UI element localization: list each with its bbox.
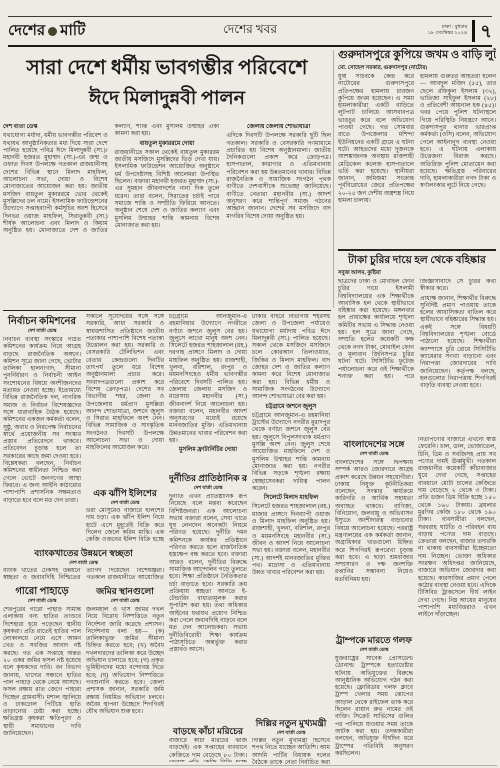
masthead: দেশের মাটি [8,19,168,44]
hilsa-body-text: ভরা মৌসুমেও বাজারে ইলিশের দাম চড়া। এক ঝ… [86,508,164,544]
trump-body-text: যুক্তরাষ্ট্রের সাবেক প্রেসিডেন্ট ডোনাল্ড… [335,656,413,758]
delhi-byline: দেশ বার্তা ডেস্ক [252,730,330,737]
bank-headline: ব্যাংকখাতের উন্নয়নে স্বচ্ছতা [3,547,164,560]
vertical-divider [333,50,334,308]
lead-subhead-2: জেলায় জেলায় শোভাযাত্রা [226,124,331,131]
land-body-text: জলমহাল ও খাস জমির দখল নিয়ে বিরোধ নিষ্পত… [86,607,164,716]
gurudaspur-body: যুগ্ম সচিবকে কেন্দ্র করে নাটোরের গুরুদাস… [338,74,496,244]
lead-continuation-col3: চট্টগ্রামে আনজুমান-এ রহমানিয়ার উদ্যোগে … [169,314,247,469]
hall-body: ছাত্রদের টাকা ও মোবাইল ফোন চুরির দায়ে ই… [338,279,496,429]
garo-headline: গারো পাহাড়ে [3,585,81,598]
hilsa-article: এক ঝাঁপি ইলিশের দেশ বার্তা ডেস্ক ভরা মৌস… [86,486,164,544]
newspaper-page: দেশের মাটি দেশের খবর ঢাকা : বুধবার ১৮ সে… [0,0,500,768]
trump-article: ট্রাম্পকে মারতে গলফ দেশ বার্তা ডেস্ক যুক… [335,633,413,764]
bangladesh-headline: বাংলাদেশের সঙ্গে [335,438,413,451]
bank-article: ব্যাংকখাতের উন্নয়নে স্বচ্ছতা দেশ বার্তা… [3,546,164,582]
trump-body: যুক্তরাষ্ট্রের সাবেক প্রেসিডেন্ট ডোনাল্ড… [335,656,413,759]
lead-body-2: রাজধানীতে সকাল থেকেই বায়তুল মুকাররম জাত… [115,150,220,230]
lead-continuation-col3-text: চট্টগ্রামে আনজুমান-এ রহমানিয়ার উদ্যোগে … [169,314,247,445]
lead-subhead-1: বায়তুল মুকাররমে দোয়া [115,141,220,148]
delhi-article: দিল্লির নতুন মুখ্যমন্ত্রী দেশ বার্তা ডেস… [252,716,330,764]
right-section-divider [338,249,496,251]
corruption-body-text: দুর্নীতি এখন প্রাতিষ্ঠানিক রূপ নিয়েছে ব… [169,494,247,655]
page-number: ৭ [480,20,492,42]
ec-headline: নির্বাচন কমিশনের [3,315,81,328]
hall-headline: টাকা চুরির দায়ে হল থেকে বহিষ্কার [338,253,496,268]
lead-continuation-col3-subhead: মুসলিম ফ্রাটার্নিটির দোয়া [169,447,247,454]
lead-continuation-col2: সকালে সূর্যোদয়ের সঙ্গে সঙ্গে সরকারি, আধ… [86,314,164,484]
dateline-date: ১৮ সেপ্টেম্বর ২০২৪ [428,31,468,38]
chili-body-text: বাজারে কাঁচা মরিচের ঝাঁজ বাড়ছেই। এক সপ্… [169,738,247,762]
trump-byline: দেশ বার্তা ডেস্ক [335,647,413,654]
chili-article: বাড়ছে কাঁচা মরিচের বাজারে কাঁচা মরিচের … [169,724,247,764]
delhi-body: দিল্লির নতুন মুখ্যমন্ত্রী হিসেবে শপথ নিত… [252,738,330,764]
corruption-headline: দুর্নীতির প্রাতিষ্ঠানিক রূপ [169,472,247,485]
gurudaspur-article: গুরুদাসপুরে কুপিয়ে জখম ও বাড়ি লুট মো. … [338,48,496,248]
page-header: দেশের মাটি দেশের খবর ঢাকা : বুধবার ১৮ সে… [8,16,492,47]
page-number-divider [472,20,475,42]
garo-article: গারো পাহাড়ে দেশ বার্তা ডেস্ক শেরপুরের গ… [3,584,81,764]
bangladesh-body-text: বাংলাদেশের সঙ্গে দ্বিপক্ষীয় সম্পর্ক আরও… [335,460,413,584]
land-byline: দেশ বার্তা ডেস্ক [86,598,164,605]
corruption-article: দুর্নীতির প্রাতিষ্ঠানিক রূপ দেশ বার্তা ড… [169,471,247,722]
lead-continuation-col4-subhead1: চট্টগ্রামে জশনে জুলুস [252,404,330,411]
hall-byline: সবুজ আলম, কুষ্টিয়া [338,270,496,277]
ec-byline: দেশ বার্তা ডেস্ক [3,328,81,335]
lead-continuation-col4: ঢাকার বাইরে বিভাগীয় শহরসহ জেলা ও উপজেলা… [252,314,330,714]
hilsa-byline: দেশ বার্তা ডেস্ক [86,500,164,507]
masthead-word2: মাটি [60,19,85,44]
lead-byline: দেশ বার্তা ডেস্ক [3,124,108,131]
delhi-headline: দিল্লির নতুন মুখ্যমন্ত্রী [252,717,330,730]
bank-body: ব্যাংক খাতের টেকসই উন্নয়নে স্বচ্ছতা ও জ… [3,568,164,582]
bank-byline: দেশ বার্তা ডেস্ক [3,560,164,567]
section-title: দেশের খবর [168,21,332,41]
bangladesh-byline: দেশ বার্তা ডেস্ক [335,451,413,458]
hall-article: টাকা চুরির দায়ে হল থেকে বহিষ্কার সবুজ আ… [338,253,496,433]
bangladesh-body: বাংলাদেশের সঙ্গে দ্বিপক্ষীয় সম্পর্ক আরও… [335,460,413,626]
lead-continuation-col4-text2: চট্টগ্রামে আনজুমান-এ রহমানিয়া ট্রাস্টের… [252,413,330,493]
lead-headline-line2: ঈদে মিলাদুন্নবী পালন [2,84,332,114]
gurudaspur-body-1: যুগ্ম সচিবকে কেন্দ্র করে নাটোরের গুরুদাস… [338,74,414,205]
gurudaspur-byline: মো. সোহেল সরকার, গুরুদাসপুর (নাটোর) [338,65,496,72]
gurudaspur-body-2: হামলায় গুরুতর আহতরা হলেন— আবদুল মজিদ (৫… [420,74,496,191]
lead-headline-line1: সারা দেশে ধর্মীয় ভাবগম্ভীর পরিবেশে [2,53,332,84]
page-bottom-rule [3,765,497,766]
lead-continuation-col4-text3: সিলেটে হজরত শাহজালাল (রহ.) মাজার প্রাঙ্গ… [252,504,330,577]
hilsa-headline: এক ঝাঁপি ইলিশের [86,487,164,500]
land-body: জলমহাল ও খাস জমির দখল নিয়ে বিরোধ নিষ্পত… [86,607,164,759]
lead-article-headline: সারা দেশে ধর্মীয় ভাবগম্ভীর পরিবেশে ঈদে … [2,53,332,114]
bank-body-text: ব্যাংক খাতের টেকসই উন্নয়নে স্বচ্ছতা ও জ… [3,568,164,582]
garo-body: শেরপুরের গারো পাহাড় সীমান্ত এলাকায় বন্… [3,607,81,759]
garo-body-text: শেরপুরের গারো পাহাড় সীমান্ত এলাকায় বন্… [3,607,81,738]
trump-headline: ট্রাম্পকে মারতে গলফ [335,634,413,647]
masthead-dot-icon [48,27,57,36]
garo-byline: দেশ বার্তা ডেস্ক [3,598,81,605]
chili-headline: বাড়ছে কাঁচা মরিচের [169,725,247,738]
chili-body: বাজারে কাঁচা মরিচের ঝাঁজ বাড়ছেই। এক সপ্… [169,738,247,762]
lead-continuation-col4-text1: ঢাকার বাইরে বিভাগীয় শহরসহ জেলা ও উপজেলা… [252,314,330,402]
masthead-word1: দেশের [8,19,45,44]
market-continuation-col6: নিত্যপণ্যের বাজারে এখনো স্বস্তি ফেরেনি। … [418,437,496,764]
corruption-byline: দেশ বার্তা ডেস্ক [169,485,247,492]
lead-continuation-col2-text: সকালে সূর্যোদয়ের সঙ্গে সঙ্গে সরকারি, আধ… [86,314,164,453]
hilsa-body: ভরা মৌসুমেও বাজারে ইলিশের দাম চড়া। এক ঝ… [86,508,164,544]
delhi-body-text: দিল্লির নতুন মুখ্যমন্ত্রী হিসেবে শপথ নিত… [252,738,330,764]
land-headline: জমির স্থানগুলো [86,585,164,598]
dateline-block: ঢাকা : বুধবার ১৮ সেপ্টেম্বর ২০২৪ ৭ [332,20,492,42]
market-continuation-col6-text: নিত্যপণ্যের বাজারে এখনো স্বস্তি ফেরেনি। … [418,437,496,619]
lead-body-3: এদিকে দিবসটি উপলক্ষে সরকারি ছুটি ছিল গতক… [226,133,331,221]
ec-article: নির্বাচন কমিশনের দেশ বার্তা ডেস্ক নির্বা… [3,314,81,544]
hall-body-2: প্রাধ্যক্ষ জানান, শিক্ষার্থীর বিরুদ্ধে স… [420,296,496,391]
ec-body: নির্বাচন ব্যবস্থা সংস্কারে গঠিত কমিশনের … [3,337,81,537]
dateline: ঢাকা : বুধবার ১৮ সেপ্টেম্বর ২০২৪ [428,25,468,38]
lead-continuation-col4-subhead2: সিলেটে মিলাদ মাহফিল [252,495,330,502]
gurudaspur-headline: গুরুদাসপুরে কুপিয়ে জখম ও বাড়ি লুট [338,48,496,63]
ec-body-text: নির্বাচন ব্যবস্থা সংস্কারে গঠিত কমিশনের … [3,337,81,505]
lead-bottom-divider [3,310,331,311]
land-article: জমির স্থানগুলো দেশ বার্তা ডেস্ক জলমহাল ও… [86,584,164,764]
lead-article-body: দেশ বার্তা ডেস্ক যথাযোগ্য মর্যাদা, ধর্মী… [3,124,331,307]
bangladesh-article: বাংলাদেশের সঙ্গে দেশ বার্তা ডেস্ক বাংলাদ… [335,437,413,631]
corruption-body: দুর্নীতি এখন প্রাতিষ্ঠানিক রূপ নিয়েছে ব… [169,494,247,717]
